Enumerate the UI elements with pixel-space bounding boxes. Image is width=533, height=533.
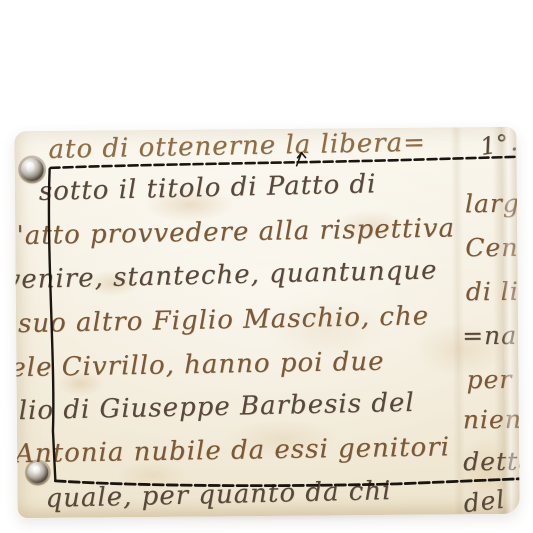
handwriting-line-5-right: =na bbox=[462, 321, 517, 350]
manuscript-wallet: ato di ottenerne la libera= 1°. sotto il… bbox=[14, 127, 519, 518]
handwriting-line-9-right: del bbox=[462, 485, 507, 519]
handwriting-line-9: quale, per quanto da chi bbox=[45, 476, 391, 514]
product-photo: ato di ottenerne la libera= 1°. sotto il… bbox=[0, 0, 533, 533]
handwriting-line-3: l'atto provvedere alla rispettiva bbox=[14, 213, 455, 251]
handwriting-line-3-right: Cent bbox=[465, 233, 519, 263]
snap-rivet-bottom bbox=[27, 462, 48, 483]
handwriting-line-6: ele Civrillo, hanno poi due bbox=[14, 347, 384, 384]
handwriting-line-1-right: 1°. bbox=[478, 128, 519, 161]
handwriting-line-6-right: per bbox=[466, 365, 512, 394]
handwriting-line-2-right: larg bbox=[465, 189, 520, 218]
handwriting-line-8: Antonia nubile da essi genitori bbox=[15, 432, 450, 469]
handwriting-line-4: venire, stanteche, quantunque bbox=[14, 255, 437, 295]
handwriting-line-8-right: detta bbox=[463, 447, 520, 477]
snap-rivet-top bbox=[21, 158, 44, 181]
handwriting-line-7-right: niente bbox=[463, 405, 520, 435]
handwriting-line-1: ato di ottenerne la libera= bbox=[48, 128, 426, 165]
handwriting-line-4-right: di lir bbox=[466, 277, 520, 307]
handwriting-line-5: suo altro Figlio Maschio, che bbox=[18, 301, 430, 339]
handwriting-line-2: sotto il titolo di Patto di bbox=[39, 169, 377, 207]
handwriting-line-7: lio di Giuseppe Barbesis del bbox=[18, 388, 414, 426]
